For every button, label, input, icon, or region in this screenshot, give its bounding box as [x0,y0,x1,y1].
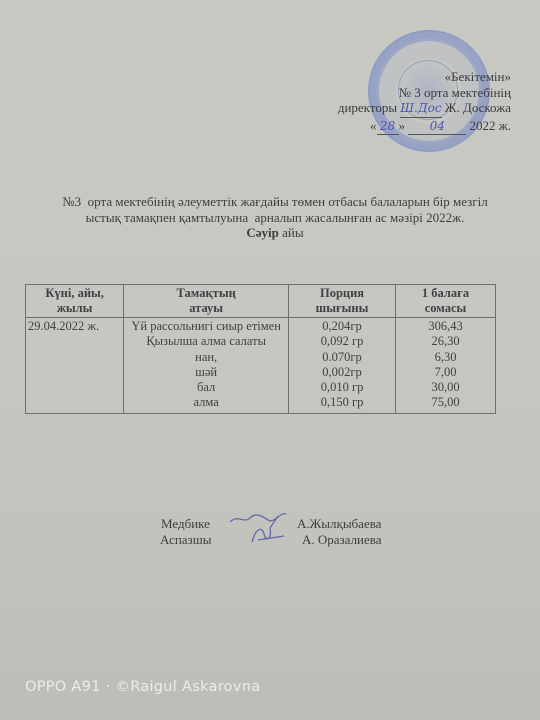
approval-title: «Бекітемін» [338,69,511,85]
cell-prices: 306,43 26,30 6,30 7,00 30,00 75,00 [396,318,496,414]
approval-date: «28» 04 2022 ж. [338,118,511,136]
document-photo: «Бекітемін» № 3 орта мектебінің директор… [0,0,540,720]
header-portion: Порцияшығыны [289,285,396,318]
header-price: 1 балағасомасы [396,285,496,318]
heading-month: Сәуір айы [40,225,510,241]
menu-table: Күні, айы,жылы Тамақтыңатауы Порцияшығын… [25,284,496,414]
table-header-row: Күні, айы,жылы Тамақтыңатауы Порцияшығын… [26,285,496,318]
heading-line-1: №3 орта мектебінің әлеуметтік жағдайы тө… [40,194,510,210]
approval-director: директоры Ш.Дос Ж. Доскожа [338,100,511,118]
cell-portions: 0,204гр 0,092 гр 0.070гр 0,002гр 0,010 г… [289,318,396,414]
approval-day: 28 [377,119,399,136]
camera-watermark: OPPO A91 · ©Raigul Askarovna [25,679,260,695]
approval-year: 2022 ж. [470,118,511,133]
header-date: Күні, айы,жылы [26,285,124,318]
header-dish: Тамақтыңатауы [124,285,289,318]
approval-block: «Бекітемін» № 3 орта мектебінің директор… [338,69,511,135]
cell-date: 29.04.2022 ж. [26,318,124,414]
table-row: 29.04.2022 ж. Үй рассольнигі сиыр етімен… [26,318,496,414]
approval-school: № 3 орта мектебінің [338,85,511,101]
menu-heading: №3 орта мектебінің әлеуметтік жағдайы тө… [40,194,510,241]
cell-dishes: Үй рассольнигі сиыр етімен Қызылша алма … [124,318,289,414]
heading-line-2: ыстық тамақпен қамтылуына арналып жасалы… [40,210,510,226]
director-signature: Ш.Дос [400,101,441,118]
approval-month: 04 [408,119,466,136]
handwritten-signature-icon [228,510,288,546]
